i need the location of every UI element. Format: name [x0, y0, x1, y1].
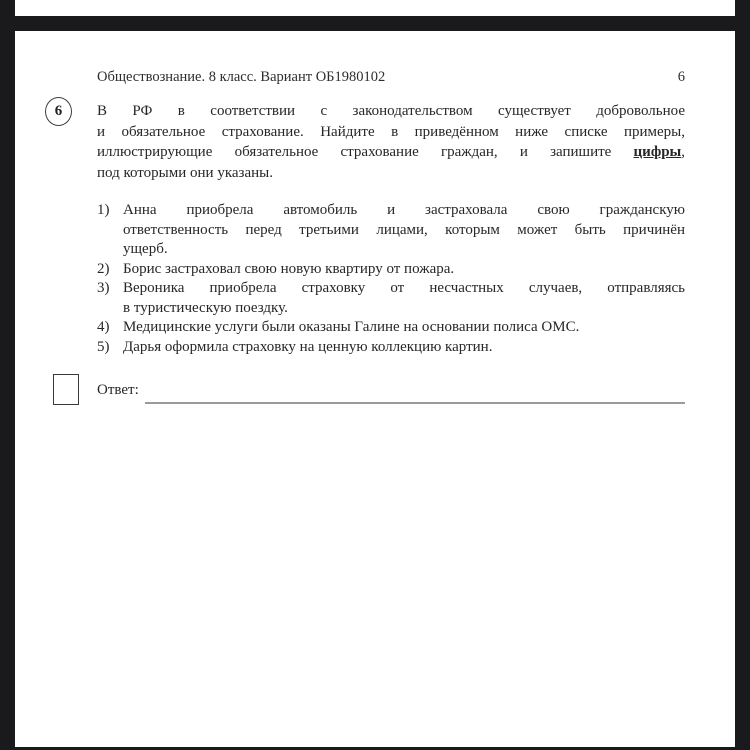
item-number: 1) — [97, 201, 123, 260]
list-item: 1) Анна приобрела автомобиль и застрахов… — [97, 201, 685, 260]
list-item: 2) Борис застраховал свою новую квартиру… — [97, 260, 685, 280]
item-line: Борис застраховал свою новую квартиру от… — [123, 260, 685, 280]
question-keyword: цифры — [634, 144, 682, 160]
options-list: 1) Анна приобрела автомобиль и застрахов… — [97, 201, 685, 357]
item-text: Медицинские услуги были оказаны Галине н… — [123, 318, 685, 338]
question-line-text: иллюстрирующие обязательное страхование … — [97, 144, 634, 160]
item-text: Дарья оформила страховку на ценную колле… — [123, 338, 685, 358]
question-text: В РФ в соответствии с законодательством … — [97, 101, 685, 183]
list-item: 4) Медицинские услуги были оказаны Галин… — [97, 318, 685, 338]
item-number: 4) — [97, 318, 123, 338]
item-number: 2) — [97, 260, 123, 280]
answer-box — [53, 374, 79, 405]
item-line: ущерб. — [123, 240, 685, 260]
question-line: В РФ в соответствии с законодательством … — [97, 101, 685, 122]
document-page: Обществознание. 8 класс. Вариант ОБ19801… — [15, 31, 735, 747]
question-line-text: , — [681, 144, 685, 160]
previous-page-edge — [15, 0, 735, 16]
answer-label: Ответ: — [97, 382, 139, 399]
question-number: 6 — [55, 103, 63, 120]
item-text: Борис застраховал свою новую квартиру от… — [123, 260, 685, 280]
item-line: Медицинские услуги были оказаны Галине н… — [123, 318, 685, 338]
item-number: 3) — [97, 279, 123, 318]
item-line: Анна приобрела автомобиль и застраховала… — [123, 201, 685, 221]
item-line: Дарья оформила страховку на ценную колле… — [123, 338, 685, 358]
item-line: Вероника приобрела страховку от несчастн… — [123, 279, 685, 299]
question-line: под которыми они указаны. — [97, 163, 685, 184]
item-line: ответственность перед третьими лицами, к… — [123, 221, 685, 241]
list-item: 5) Дарья оформила страховку на ценную ко… — [97, 338, 685, 358]
list-item: 3) Вероника приобрела страховку от несча… — [97, 279, 685, 318]
question-line: и обязательное страхование. Найдите в пр… — [97, 122, 685, 143]
answer-blank-line — [145, 402, 685, 404]
page-header: Обществознание. 8 класс. Вариант ОБ19801… — [97, 68, 685, 86]
question-number-badge: 6 — [45, 97, 72, 126]
item-text: Анна приобрела автомобиль и застраховала… — [123, 201, 685, 260]
question-line: иллюстрирующие обязательное страхование … — [97, 142, 685, 163]
item-line: в туристическую поездку. — [123, 299, 685, 319]
item-number: 5) — [97, 338, 123, 358]
pdf-viewer-background: { "header": { "title": "Обществознание. … — [0, 0, 750, 750]
document-title: Обществознание. 8 класс. Вариант ОБ19801… — [97, 68, 385, 86]
item-text: Вероника приобрела страховку от несчастн… — [123, 279, 685, 318]
page-number: 6 — [678, 68, 685, 86]
